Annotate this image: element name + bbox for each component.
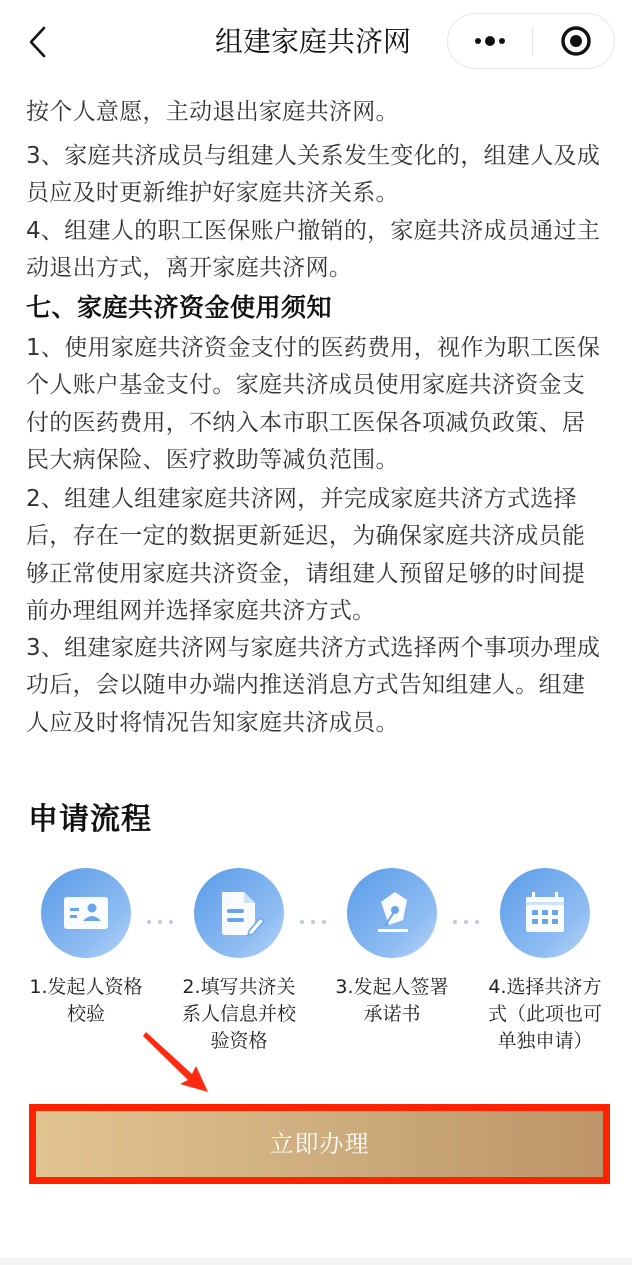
pen-nib-sign-icon <box>347 868 437 958</box>
step-3-label: 3.发起人签署承诺书 <box>327 974 457 1028</box>
notice-paragraph: 2、组建人组建家庭共济网，并完成家庭共济方式选择后，存在一定的数据更新延迟，为确… <box>26 481 608 630</box>
step-1-label: 1.发起人资格校验 <box>21 974 151 1028</box>
step-4-label: 4.选择共济方式（此项也可单独申请） <box>480 974 610 1055</box>
navigation-bar: 组建家庭共济网 <box>0 0 632 84</box>
notice-paragraph: 1、使用家庭共济资金支付的医药费用，视作为职工医保个人账户基金支付。家庭共济成员… <box>26 330 608 479</box>
step-2-icon-circle <box>194 868 284 958</box>
step-4-icon-circle <box>500 868 590 958</box>
bottom-safe-area <box>0 1258 632 1265</box>
calendar-icon <box>500 868 590 958</box>
notice-paragraph: 按个人意愿，主动退出家庭共济网。 <box>26 94 608 131</box>
process-title: 申请流程 <box>28 794 152 838</box>
notice-paragraph: 4、组建人的职工医保账户撤销的，家庭共济成员通过主动退出方式，离开家庭共济网。 <box>26 213 608 288</box>
apply-now-button[interactable]: 立即办理 <box>36 1111 603 1177</box>
step-connector-dots <box>300 909 340 917</box>
section-title: 七、家庭共济资金使用须知 <box>26 290 332 326</box>
notice-paragraph: 3、家庭共济成员与组建人关系发生变化的，组建人及成员应及时更新维护好家庭共济关系… <box>26 138 608 213</box>
id-card-icon <box>41 868 131 958</box>
step-3-icon-circle <box>347 868 437 958</box>
cta-highlight-frame: 立即办理 <box>29 1104 610 1184</box>
step-1-icon-circle <box>41 868 131 958</box>
more-button[interactable] <box>448 14 532 68</box>
more-dots-icon <box>448 14 532 68</box>
step-connector-dots <box>147 909 187 917</box>
target-circle-icon <box>533 14 615 68</box>
step-connector-dots <box>453 909 493 917</box>
notice-paragraph: 3、组建家庭共济网与家庭共济方式选择两个事项办理成功后，会以随申办端内推送消息方… <box>26 630 608 742</box>
mini-program-capsule <box>447 13 615 69</box>
annotation-arrow-icon <box>140 1028 220 1098</box>
document-edit-icon <box>194 868 284 958</box>
close-button[interactable] <box>533 14 615 68</box>
